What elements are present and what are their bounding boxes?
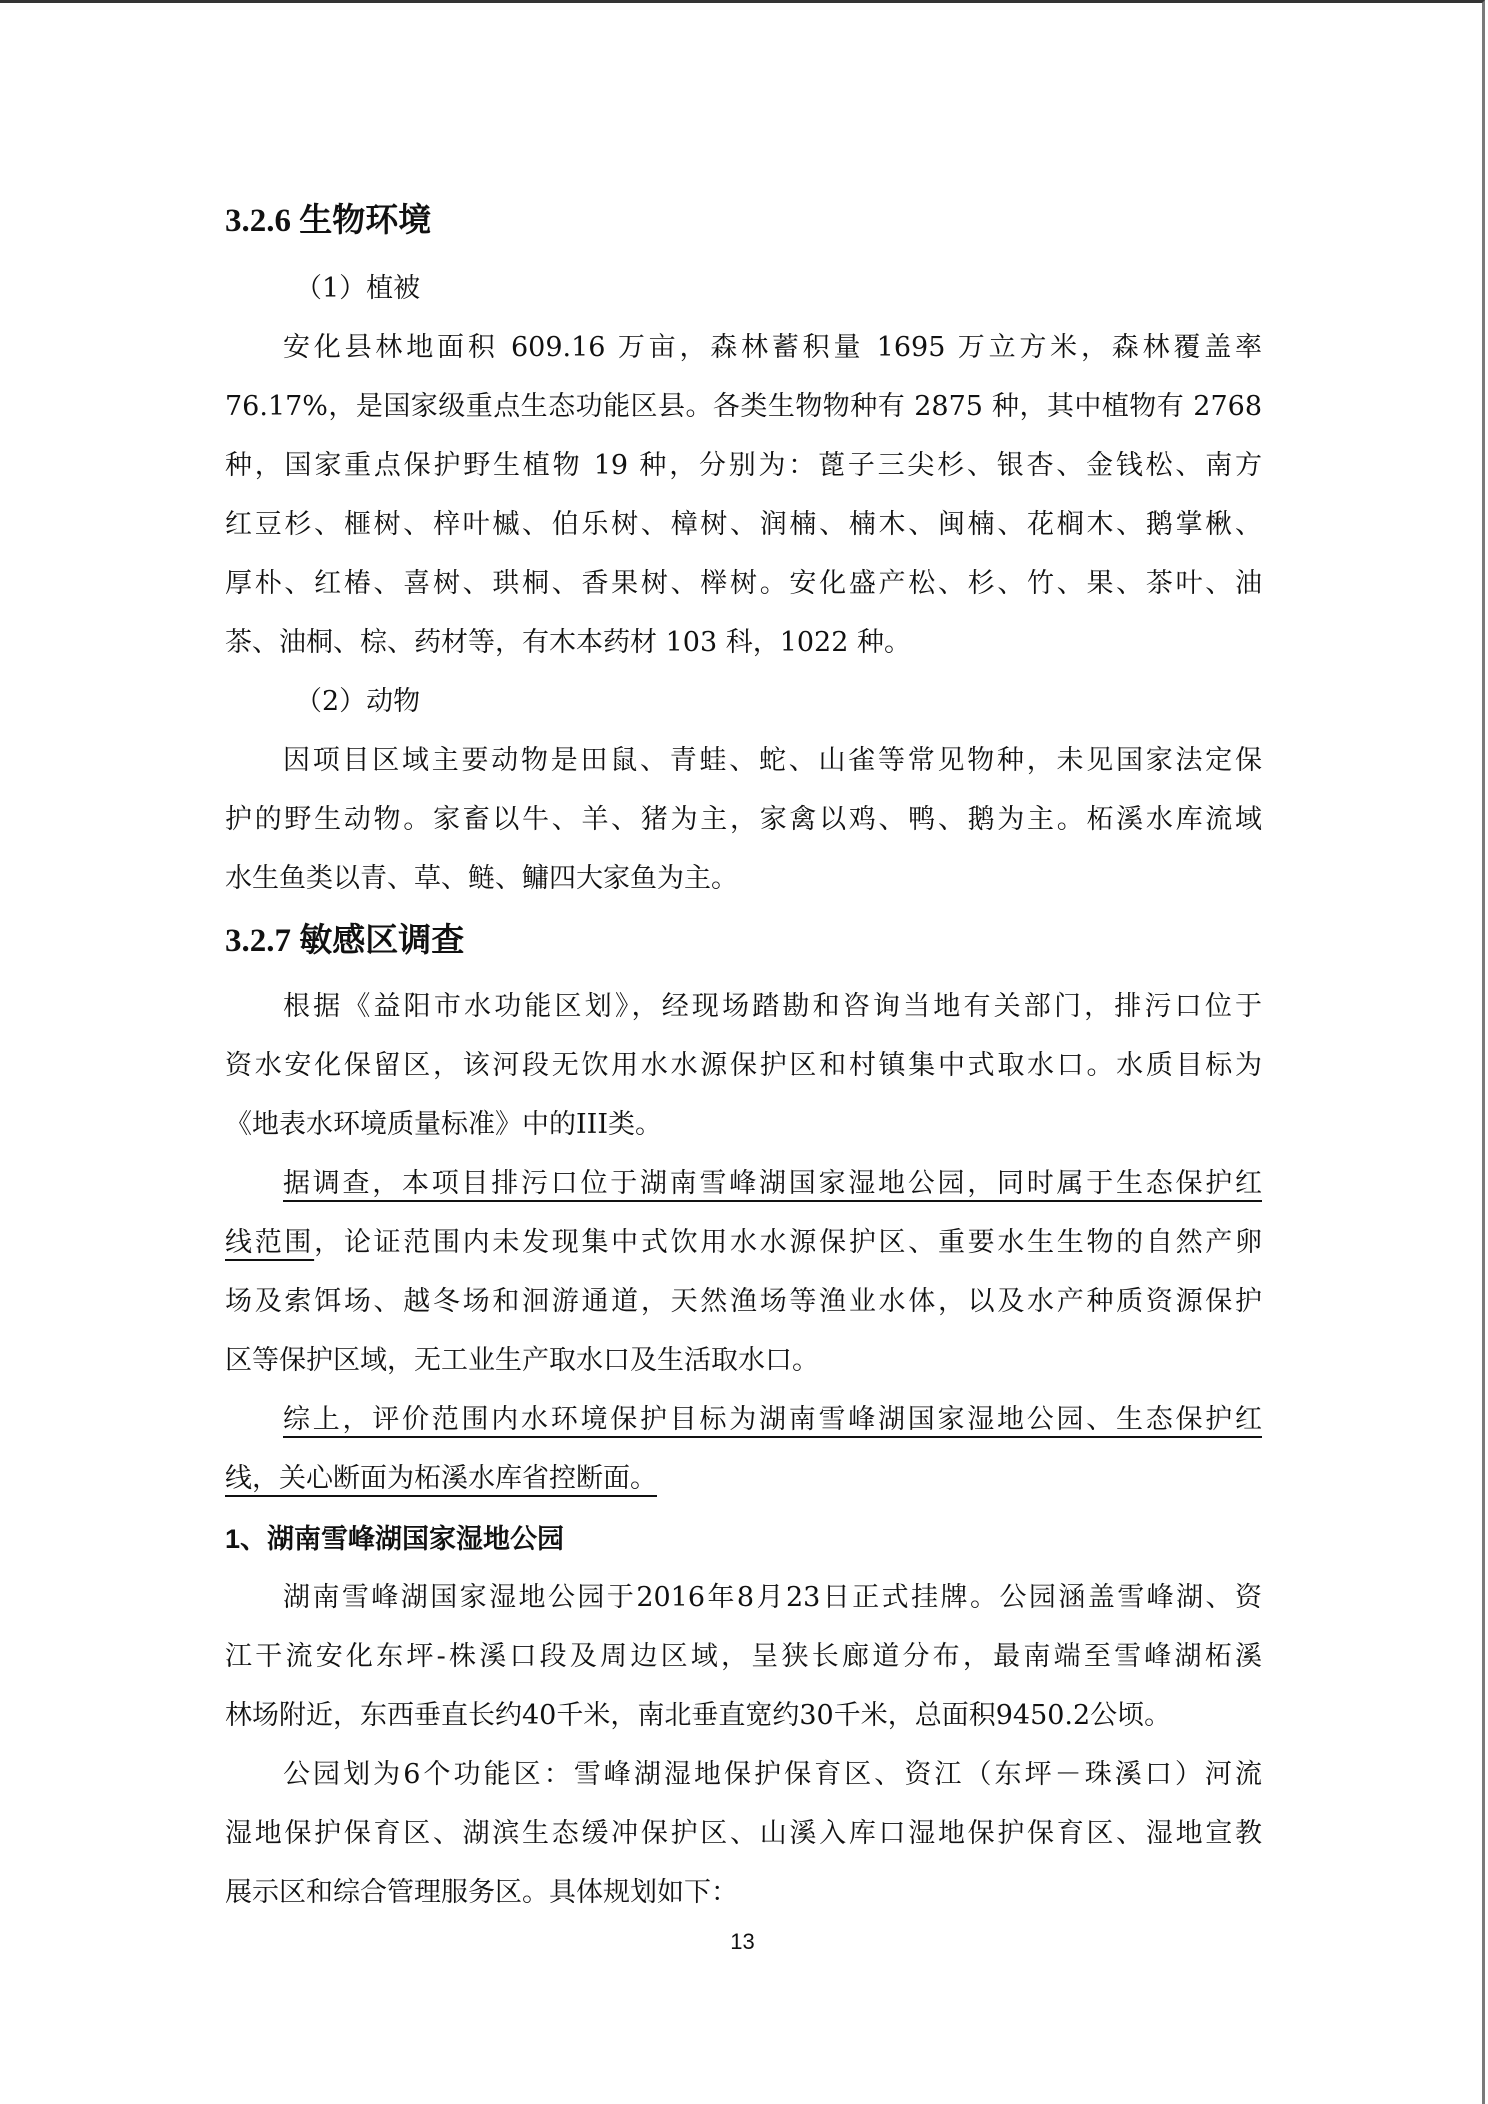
underlined-text: 据调查，本项目排污口位于湖南雪峰湖国家湿地公园，同时属于生态保护红	[283, 1168, 1262, 1199]
paragraph-line: 红豆杉、榧树、梓叶槭、伯乐树、樟树、润楠、楠木、闽楠、花榈木、鹅掌楸、	[225, 507, 1262, 543]
item-heading-wetland-park: 1、湖南雪峰湖国家湿地公园	[225, 1521, 564, 1557]
paragraph-line: 场及索饵场、越冬场和洄游通道，天然渔场等渔业水体，以及水产种质资源保护	[225, 1284, 1262, 1320]
page-number: 13	[0, 1929, 1485, 1955]
underlined-text: 线范围	[225, 1227, 314, 1258]
underlined-paragraph-line: 综上，评价范围内水环境保护目标为湖南雪峰湖国家湿地公园、生态保护红	[225, 1402, 1262, 1438]
paragraph-line: 安化县林地面积 609.16 万亩，森林蓄积量 1695 万立方米，森林覆盖率	[225, 330, 1262, 366]
paragraph-line: 区等保护区域，无工业生产取水口及生活取水口。	[225, 1343, 819, 1379]
paragraph-line: 种，国家重点保护野生植物 19 种，分别为：蓖子三尖杉、银杏、金钱松、南方	[225, 448, 1262, 484]
section-heading-3-2-7: 3.2.7 敏感区调查	[225, 921, 464, 961]
paragraph-line: 《地表水环境质量标准》中的III类。	[225, 1107, 662, 1143]
paragraph-line: 展示区和综合管理服务区。具体规划如下：	[225, 1875, 738, 1911]
subheading-vegetation: （1）植被	[225, 271, 420, 307]
paragraph-line: 茶、油桐、棕、药材等，有木本药材 103 科，1022 种。	[225, 625, 911, 661]
document-page: 3.2.6 生物环境 （1）植被 安化县林地面积 609.16 万亩，森林蓄积量…	[0, 0, 1485, 2104]
paragraph-line: 根据《益阳市水功能区划》，经现场踏勘和咨询当地有关部门，排污口位于	[225, 989, 1262, 1025]
paragraph-line: 江干流安化东坪-株溪口段及周边区域，呈狭长廊道分布，最南端至雪峰湖柘溪	[225, 1639, 1262, 1675]
subheading-animals: （2）动物	[225, 684, 420, 720]
underlined-text: 综上，评价范围内水环境保护目标为湖南雪峰湖国家湿地公园、生态保护红	[283, 1404, 1262, 1435]
paragraph-line: 林场附近，东西垂直长约40千米，南北垂直宽约30千米，总面积9450.2公顷。	[225, 1698, 1171, 1734]
paragraph-line: 护的野生动物。家畜以牛、羊、猪为主，家禽以鸡、鸭、鹅为主。柘溪水库流域	[225, 802, 1262, 838]
paragraph-line: 因项目区域主要动物是田鼠、青蛙、蛇、山雀等常见物种，未见国家法定保	[225, 743, 1262, 779]
paragraph-line: 湖南雪峰湖国家湿地公园于2016年8月23日正式挂牌。公园涵盖雪峰湖、资	[225, 1580, 1262, 1616]
underlined-paragraph-line: 线，关心断面为柘溪水库省控断面。	[225, 1461, 657, 1497]
paragraph-line: 水生鱼类以青、草、鲢、鳙四大家鱼为主。	[225, 861, 738, 897]
paragraph-line: 公园划为6个功能区：雪峰湖湿地保护保育区、资江（东坪－珠溪口）河流	[225, 1757, 1262, 1793]
paragraph-text: ，论证范围内未发现集中式饮用水水源保护区、重要水生生物的自然产卵	[314, 1227, 1262, 1258]
paragraph-line: 76.17%，是国家级重点生态功能区县。各类生物物种有 2875 种，其中植物有…	[225, 389, 1262, 425]
underlined-paragraph-line: 据调查，本项目排污口位于湖南雪峰湖国家湿地公园，同时属于生态保护红	[225, 1166, 1262, 1202]
paragraph-line: 资水安化保留区，该河段无饮用水水源保护区和村镇集中式取水口。水质目标为	[225, 1048, 1262, 1084]
paragraph-line: 湿地保护保育区、湖滨生态缓冲保护区、山溪入库口湿地保护保育区、湿地宣教	[225, 1816, 1262, 1852]
paragraph-line: 线范围，论证范围内未发现集中式饮用水水源保护区、重要水生生物的自然产卵	[225, 1225, 1262, 1261]
underlined-text: 线，关心断面为柘溪水库省控断面。	[225, 1463, 657, 1494]
paragraph-line: 厚朴、红椿、喜树、珙桐、香果树、榉树。安化盛产松、杉、竹、果、茶叶、油	[225, 566, 1262, 602]
section-heading-3-2-6: 3.2.6 生物环境	[225, 201, 431, 241]
